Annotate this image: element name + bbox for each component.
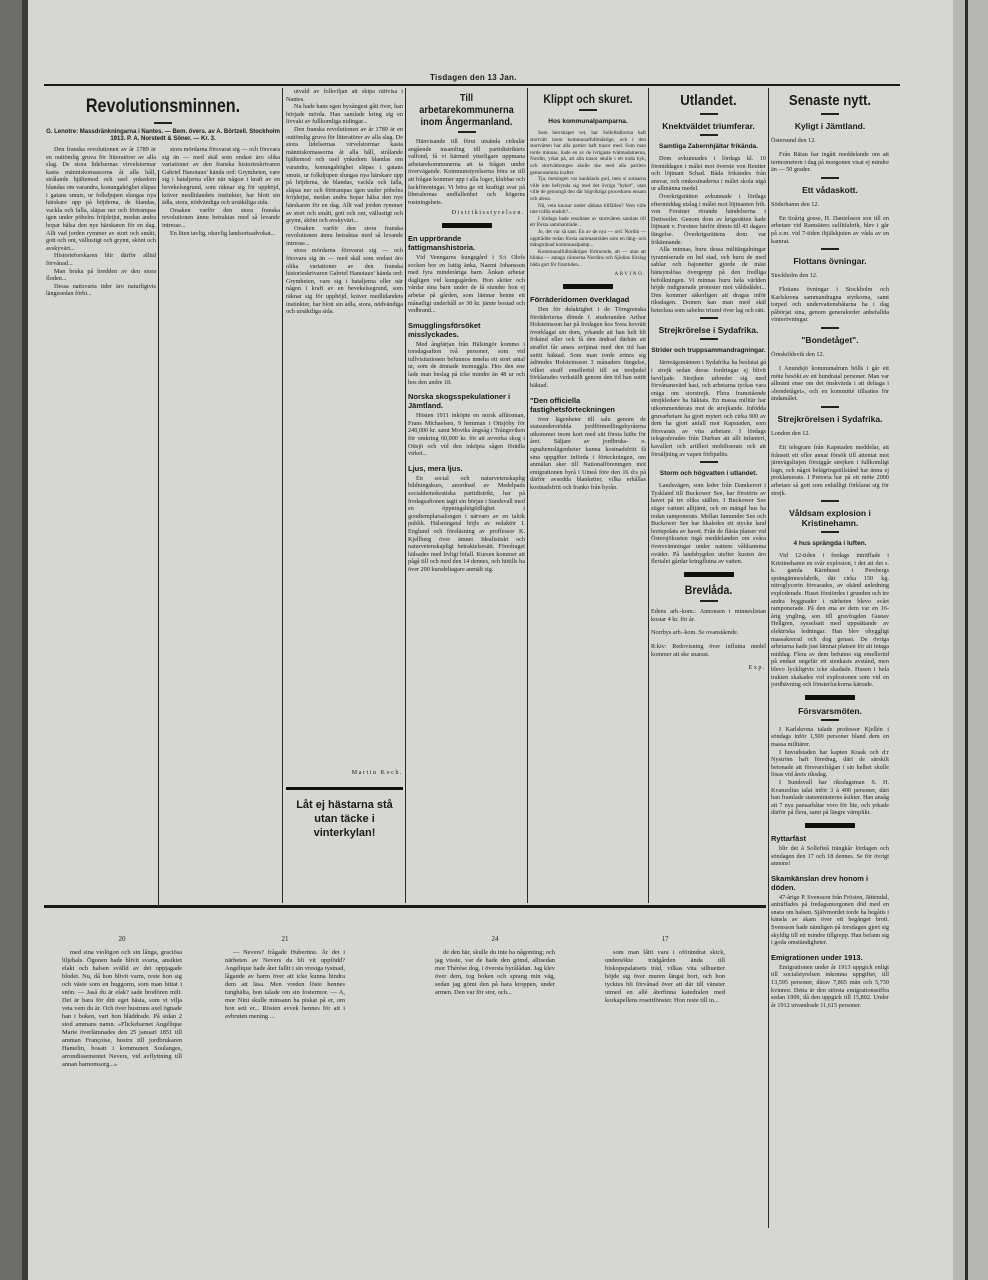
- serial-text: — Nevers? frågade Hubertine. Är det i nä…: [225, 949, 345, 1021]
- column-utlandet: Utlandet. Knektväldet triumferar. Samtli…: [651, 88, 766, 903]
- paragraph: Från Rätan har ingått meddelande om att …: [771, 151, 889, 174]
- separator-dash: [700, 338, 718, 340]
- paragraph: Den franska revolutionen av år 1789 är e…: [46, 146, 156, 252]
- serial-page-21: 21 — Nevers? frågade Hubertine. Är det i…: [225, 935, 345, 1275]
- paragraph: Den för delaktighet i de Törngrenska för…: [530, 306, 646, 390]
- paragraph: Historieforskaren blir därför alltid för…: [46, 252, 156, 267]
- paragraph: I Anundsjö kommunalrum hölls i går ett m…: [771, 365, 889, 403]
- article-revolutionsminnen-body: Den franska revolutionen av år 1789 är e…: [46, 146, 156, 906]
- paragraph: Vid Venngarns kungsgård i S:t Olofs sock…: [408, 254, 525, 315]
- column-arbetarekommunerna: Till arbetarekommunerna inom Ångermanlan…: [408, 88, 525, 903]
- article-subtitle: Hos kommunalpamparna.: [530, 117, 646, 127]
- column-divider: [405, 88, 406, 903]
- paragraph: Hänvisande till förut utsända cirkulär a…: [408, 138, 525, 206]
- paragraph: Landsvägen, som leder från Damkerort i T…: [651, 482, 766, 566]
- article-title: Försvarsmöten.: [771, 706, 889, 716]
- serial-page-24: 24 de den här, skulle du inte ha någonti…: [435, 935, 555, 1275]
- paragraph: stora mördarna försvarat sig — och försv…: [286, 247, 403, 315]
- paragraph: Flottans övningar i Stockholm och Karlsk…: [771, 286, 889, 324]
- column-divider: [768, 88, 769, 1228]
- section-divider: [684, 572, 734, 577]
- paragraph: Nå, vem knusar under sådana tillfällen? …: [530, 203, 646, 216]
- separator-dash: [821, 113, 839, 115]
- paragraph: En tioårig gosse, H. Danielsson son till…: [771, 215, 889, 245]
- column-divider: [158, 170, 159, 905]
- paragraph: Orsaken varför den stora franska revolut…: [286, 225, 403, 248]
- column-senaste-nytt: Senaste nytt. Kyligt i Jämtland. Östersu…: [771, 88, 889, 1228]
- column-divider: [648, 88, 649, 903]
- paragraph: En liten tavlig, okuvlig landsortsadvoka…: [162, 230, 280, 238]
- article-title: "Den officiella fastighetsförteckningen: [530, 396, 646, 414]
- separator-dash: [821, 500, 839, 502]
- paragraph: Den franska revolutionen av år 1789 är e…: [286, 126, 403, 225]
- article-revolutionsminnen-end: utvald av folkviljan att skipa rättvisa …: [286, 88, 403, 903]
- serial-text: de den här, skulle du inte ha någonting;…: [435, 949, 555, 997]
- paragraph: Orsaken varför den stora franska revolut…: [162, 207, 280, 230]
- article-title: Strejkrörelse i Sydafrika.: [651, 325, 766, 335]
- article-title: Ljus, mera ljus.: [408, 464, 525, 473]
- serial-page-number: 17: [605, 935, 725, 943]
- author-signature: Martin Koch.: [286, 769, 403, 777]
- section-divider: [563, 284, 613, 289]
- article-title: "Bondetåget".: [771, 335, 889, 345]
- article-title: Revolutionsminnen.: [64, 96, 263, 118]
- separator-dash: [700, 113, 718, 115]
- paragraph: I huvudstaden har kapten Kraak och d:r N…: [771, 749, 889, 779]
- section-divider: [442, 223, 492, 228]
- page-edge-line: [965, 0, 968, 1280]
- separator-dash: [821, 327, 839, 329]
- article-title: Emigrationen under 1913.: [771, 953, 889, 962]
- scanner-border-right: [953, 0, 988, 1280]
- section-title: Utlandet.: [658, 92, 759, 110]
- serial-page-number: 24: [435, 935, 555, 943]
- article-subtitle: Samtliga Zabernhjältar frikända.: [651, 142, 766, 152]
- article-revolutionsminnen-continued: stora mördarna försvarat sig — och försv…: [162, 146, 280, 846]
- paragraph: utvald av folkviljan att skipa rättvisa …: [286, 88, 403, 103]
- separator-dash: [700, 134, 718, 136]
- paragraph: Alla minnas, huru dessa militärgalningar…: [651, 246, 766, 314]
- paragraph: En social och naturvetenskaplig bildning…: [408, 475, 525, 574]
- serial-text: som man låtit vara i oförändrat skick, u…: [605, 949, 725, 1005]
- article-title: Strejkrörelsen i Sydafrika.: [771, 414, 889, 424]
- article-title: Storm och högvatten i utlandet.: [651, 469, 766, 479]
- article-title: Klippt och skuret.: [537, 92, 639, 106]
- dateline-place: London den 12.: [771, 430, 889, 438]
- dateline: Tisdagen den 13 Jan.: [430, 73, 517, 82]
- separator-dash: [821, 719, 839, 721]
- article-subtitle: Strider och truppsammandragningar.: [651, 346, 766, 356]
- section-rule: [44, 905, 766, 908]
- section-title: Senaste nytt.: [778, 92, 882, 110]
- paragraph: Vid 12-tiden i fredags inträffade i Kris…: [771, 552, 889, 689]
- paragraph: Dom avkunnades i lördags kl. 10 förmidda…: [651, 155, 766, 193]
- separator-dash: [700, 461, 718, 463]
- paragraph: Överkrigsrätten avkunnade i lördags efte…: [651, 193, 766, 246]
- signature: Exp.: [651, 664, 766, 672]
- article-title: Ryttarfäst: [771, 834, 889, 843]
- separator-dash: [700, 317, 718, 319]
- paragraph: Tja, meningen var kanhända god, men si s…: [530, 176, 646, 202]
- paragraph: Som herrskapet vet, har Sollefteåborna h…: [530, 130, 646, 176]
- serial-page-number: 20: [62, 935, 182, 943]
- signature: Distriktsstyrelsen.: [408, 209, 525, 217]
- separator-dash: [821, 248, 839, 250]
- paragraph: Man bruka på bredden av den stora floden…: [46, 268, 156, 283]
- section-divider: [805, 823, 855, 828]
- article-title: Förräderidomen överklagad: [530, 295, 646, 304]
- paragraph: Emigrationen under år 1913 uppgick enlig…: [771, 964, 889, 1010]
- serial-page-number: 21: [225, 935, 345, 943]
- article-title: Knektväldet triumferar.: [651, 121, 766, 131]
- separator-dash: [821, 177, 839, 179]
- separator-dash: [700, 600, 718, 602]
- article-byline: G. Lenotre: Massdränkningarna i Nantes. …: [46, 129, 280, 143]
- column-klippt-och-skuret: Klippt och skuret. Hos kommunalpamparna.…: [530, 88, 646, 903]
- separator-dash: [458, 131, 476, 133]
- scanner-border-left: [0, 0, 22, 1280]
- column-divider: [282, 88, 283, 903]
- text-filler: Den franska revolutionen av år 1789 är e…: [286, 126, 403, 766]
- section-divider: [805, 695, 855, 700]
- serial-page-20: 20 med sina violögon och sin långa, grac…: [62, 935, 182, 1275]
- article-title: Våldsam explosion i Kristinehamn.: [771, 508, 889, 528]
- article-title: Kyligt i Jämtland.: [771, 121, 889, 131]
- article-title: Norska skogsspekulationer i Jämtland.: [408, 392, 525, 410]
- article-title: Flottans övningar.: [771, 256, 889, 266]
- serial-text: med sina violögon och sin långa, graciös…: [62, 949, 182, 1069]
- dateline-place: Örnsköldsvik den 12.: [771, 351, 889, 359]
- advertisement-horse-blankets: Låt ej hästarna stå utan täcke i vinterk…: [286, 787, 403, 840]
- column-divider: [527, 88, 528, 903]
- article-body: Som herrskapet vet, har Sollefteåborna h…: [530, 130, 646, 278]
- paragraph: Ett telegram från Kapstaden meddelar, at…: [771, 444, 889, 497]
- paragraph: 47-årige P. Svensson från Frösten, Jätte…: [771, 894, 889, 947]
- article-title: Ett vådaskott.: [771, 185, 889, 195]
- paragraph: I Karlskrona talade professor Kjellén i …: [771, 726, 889, 749]
- article-title: Till arbetarekommunerna inom Ångermanlan…: [415, 92, 518, 128]
- separator-dash: [821, 406, 839, 408]
- dateline-place: Östersund den 12.: [771, 137, 889, 145]
- paragraph: blir det å Sollefteå trängkår lördagen o…: [771, 845, 889, 868]
- mailbox-entry: Norrbys arb.-kom. Se ovanstående.: [651, 629, 766, 637]
- article-subtitle: 4 hus sprängda i luften.: [771, 539, 889, 549]
- serial-page-17: 17 som man låtit vara i oförändrat skick…: [605, 935, 725, 1275]
- paragraph: Dessa nattsvarta tider äro naturligtvis …: [46, 283, 156, 298]
- mailbox-entry: R:kiv: Redovisning över influtna medel k…: [651, 643, 766, 658]
- paragraph: I Sundsvall har riksdagsman S. H. Kvanze…: [771, 779, 889, 817]
- section-title: Brevlåda.: [658, 583, 759, 597]
- signature: ARVINO.: [530, 271, 646, 278]
- paragraph: Kommunalfullmäktiges förtroende, att — u…: [530, 249, 646, 269]
- dateline-place: Stockholm den 12.: [771, 272, 889, 280]
- paragraph: Hösten 1911 inköpte en norsk affärsman, …: [408, 412, 525, 458]
- paragraph: stora mördarna försvarat sig — och försv…: [162, 146, 280, 207]
- paragraph: Järnvägsmännen i Sydafrika ha beslutat g…: [651, 359, 766, 458]
- separator-dash: [821, 531, 839, 533]
- separator-dash: [579, 109, 597, 111]
- separator-dash: [154, 122, 172, 124]
- paragraph: I lördags hade resultatet av stortvätten…: [530, 216, 646, 229]
- paragraph: Nu hade hans egen byxångest gått över, h…: [286, 103, 403, 126]
- paragraph: Jo, det var så sant. En av de nya — ord.…: [530, 229, 646, 249]
- article-title: En upprörande fattigmanshistoria.: [408, 234, 525, 252]
- dateline-place: Söderhamn den 12.: [771, 201, 889, 209]
- mailbox-entry: Edens arb.-kom.: Annonsen i minneslistan…: [651, 608, 766, 623]
- paragraph: över lägenheter till salu genom de stats…: [530, 416, 646, 492]
- paragraph: Med ångfärjan från Hälsingör kommo i tor…: [408, 341, 525, 387]
- masthead-rule: [44, 84, 900, 86]
- article-title: Smugglingsförsöket misslyckades.: [408, 321, 525, 339]
- article-title: Skamkänslan drev honom i döden.: [771, 874, 889, 892]
